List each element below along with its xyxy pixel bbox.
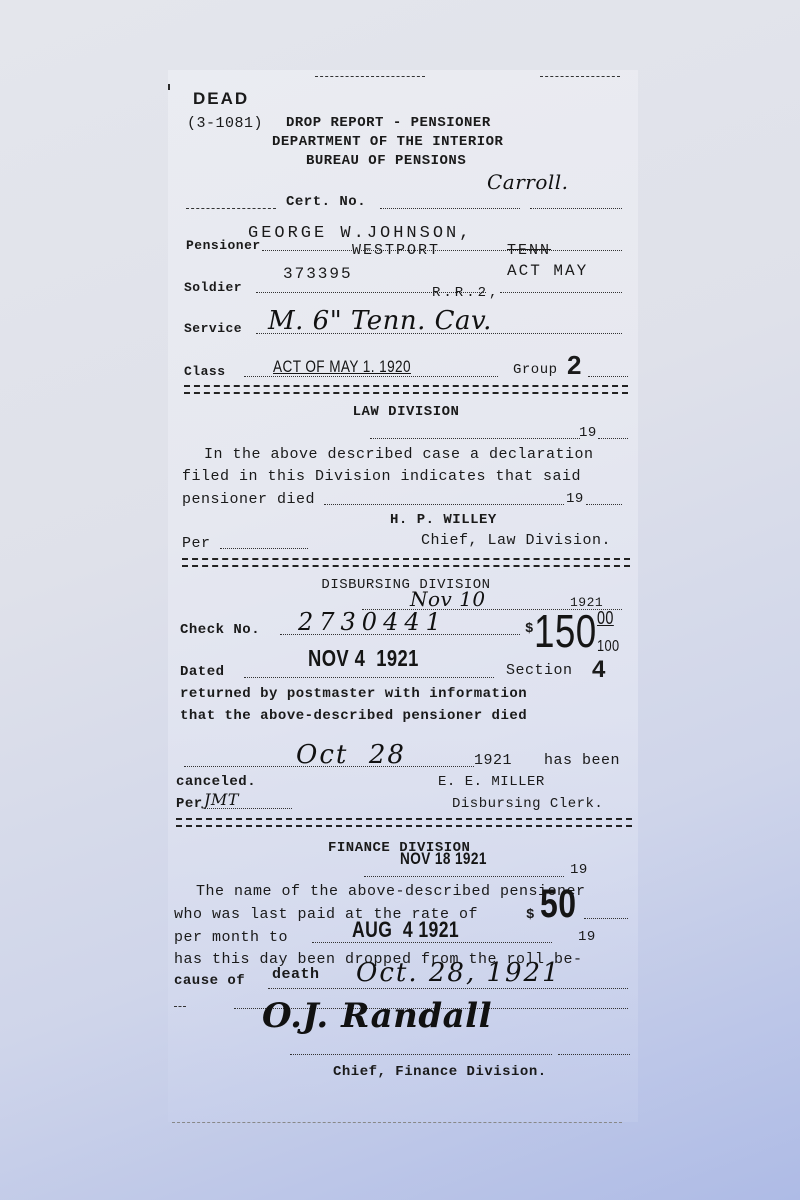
group-line: [588, 376, 628, 377]
disbursing-text-line-1: returned by postmaster with information: [180, 686, 527, 702]
paid-to-suffix: 19: [578, 929, 596, 945]
cause-line: [268, 988, 628, 989]
service-line: [256, 333, 622, 334]
service-label: Service: [184, 321, 242, 336]
check-number: 2730441: [298, 608, 447, 636]
law-death-line: [324, 504, 564, 505]
finance-date-suffix: 19: [570, 862, 588, 878]
law-date-line-2: [598, 438, 628, 439]
rate-line: [584, 918, 628, 919]
finance-text-line-5: cause of: [174, 973, 245, 989]
law-text-line-2: filed in this Division indicates that sa…: [182, 468, 581, 485]
canceled-text: canceled.: [176, 774, 256, 790]
pensioner-name: GEORGE W.JOHNSON,: [248, 224, 472, 243]
cert-value-line: [380, 208, 520, 209]
disbursing-per-line: [204, 808, 292, 809]
pensioner-line: [262, 250, 622, 251]
form-number: (3-1081): [187, 115, 263, 132]
section-label: Section: [506, 662, 573, 679]
death-suffix: has been: [544, 752, 620, 769]
dated-stamp: NOV 4 1921: [308, 645, 419, 672]
paper-edge-mark: [168, 84, 170, 90]
group-label: Group: [513, 362, 558, 378]
soldier-number: 373395: [283, 265, 353, 283]
disbursing-division-heading: DISBURSING DIVISION: [182, 577, 630, 593]
section-divider: [176, 818, 632, 827]
check-label: Check No.: [180, 622, 260, 638]
bureau-name: BUREAU OF PENSIONS: [306, 153, 466, 169]
cause-date-handwritten: Oct. 28, 1921: [356, 958, 561, 988]
service-value: M. 6" Tenn. Cav.: [268, 306, 492, 336]
law-per-label: Per: [182, 535, 211, 552]
section-divider: [182, 558, 630, 567]
section-divider: [184, 385, 628, 394]
law-chief-title: Chief, Law Division.: [421, 532, 611, 549]
class-line: [244, 376, 498, 377]
cert-value-line-2: [530, 208, 622, 209]
dead-stamp: DEAD: [193, 89, 249, 109]
law-per-line: [220, 548, 308, 549]
rural-route: R.R.2,: [432, 285, 500, 301]
top-rule: [315, 76, 425, 77]
law-division-heading: LAW DIVISION: [184, 404, 628, 420]
signature-line: [290, 1054, 552, 1055]
finance-date-line: [364, 876, 564, 877]
pensioner-state: TENN: [507, 242, 551, 259]
law-chief-name: H. P. WILLEY: [390, 512, 497, 528]
amount-symbol: $: [525, 621, 534, 637]
check-amount-cents: 00: [597, 608, 614, 629]
check-amount: 150: [534, 604, 597, 658]
check-line: [280, 634, 520, 635]
act-note: ACT MAY: [507, 262, 588, 280]
soldier-label: Soldier: [184, 280, 242, 295]
handwritten-name: Carroll.: [487, 170, 569, 194]
dated-label: Dated: [180, 664, 225, 680]
form-title: DROP REPORT - PENSIONER: [286, 115, 491, 131]
law-date-suffix: 19: [579, 425, 597, 441]
paper-bottom-edge: [172, 1122, 622, 1123]
finance-date-stamp: NOV 18 1921: [400, 849, 487, 869]
rate-value: 50: [540, 882, 576, 927]
class-label: Class: [184, 364, 226, 379]
dated-line: [244, 677, 494, 678]
law-death-line-2: [586, 504, 622, 505]
section-value: 4: [592, 656, 606, 684]
signature-line-2: [558, 1054, 630, 1055]
paid-to-stamp: AUG 4 1921: [352, 917, 459, 943]
cert-label: Cert. No.: [286, 194, 366, 210]
group-value: 2: [567, 350, 582, 381]
finance-chief-title: Chief, Finance Division.: [333, 1064, 547, 1080]
department-name: DEPARTMENT OF THE INTERIOR: [272, 134, 503, 150]
disbursing-clerk-title: Disbursing Clerk.: [452, 796, 603, 812]
signature-prefix-mark: [174, 1006, 186, 1007]
disbursing-text-line-2: that the above-described pensioner died: [180, 708, 527, 724]
soldier-line-2: [500, 292, 622, 293]
pensioner-address: WESTPORT: [352, 242, 440, 259]
check-amount-denominator: 100: [597, 638, 620, 656]
cause-value: death: [272, 966, 320, 983]
law-text-line-3: pensioner died: [182, 491, 315, 508]
chief-signature: O.J. Randall: [262, 996, 492, 1036]
finance-text-line-3: per month to: [174, 929, 288, 946]
cert-prefix-line: [186, 208, 276, 209]
disbursing-clerk-name: E. E. MILLER: [438, 774, 545, 790]
class-value: ACT OF MAY 1. 1920: [273, 357, 411, 377]
disbursing-per-initials: JMT: [204, 790, 239, 809]
law-death-suffix: 19: [566, 491, 584, 507]
law-text-line-1: In the above described case a declaratio…: [204, 446, 594, 463]
finance-text-line-1: The name of the above-described pensione…: [196, 883, 586, 900]
rate-symbol: $: [526, 907, 535, 923]
disbursing-per-label: Per: [176, 796, 203, 812]
law-date-line: [370, 438, 580, 439]
death-date-handwritten: Oct 28: [296, 740, 406, 770]
death-year: 1921: [474, 752, 512, 769]
top-rule-right: [540, 76, 620, 77]
